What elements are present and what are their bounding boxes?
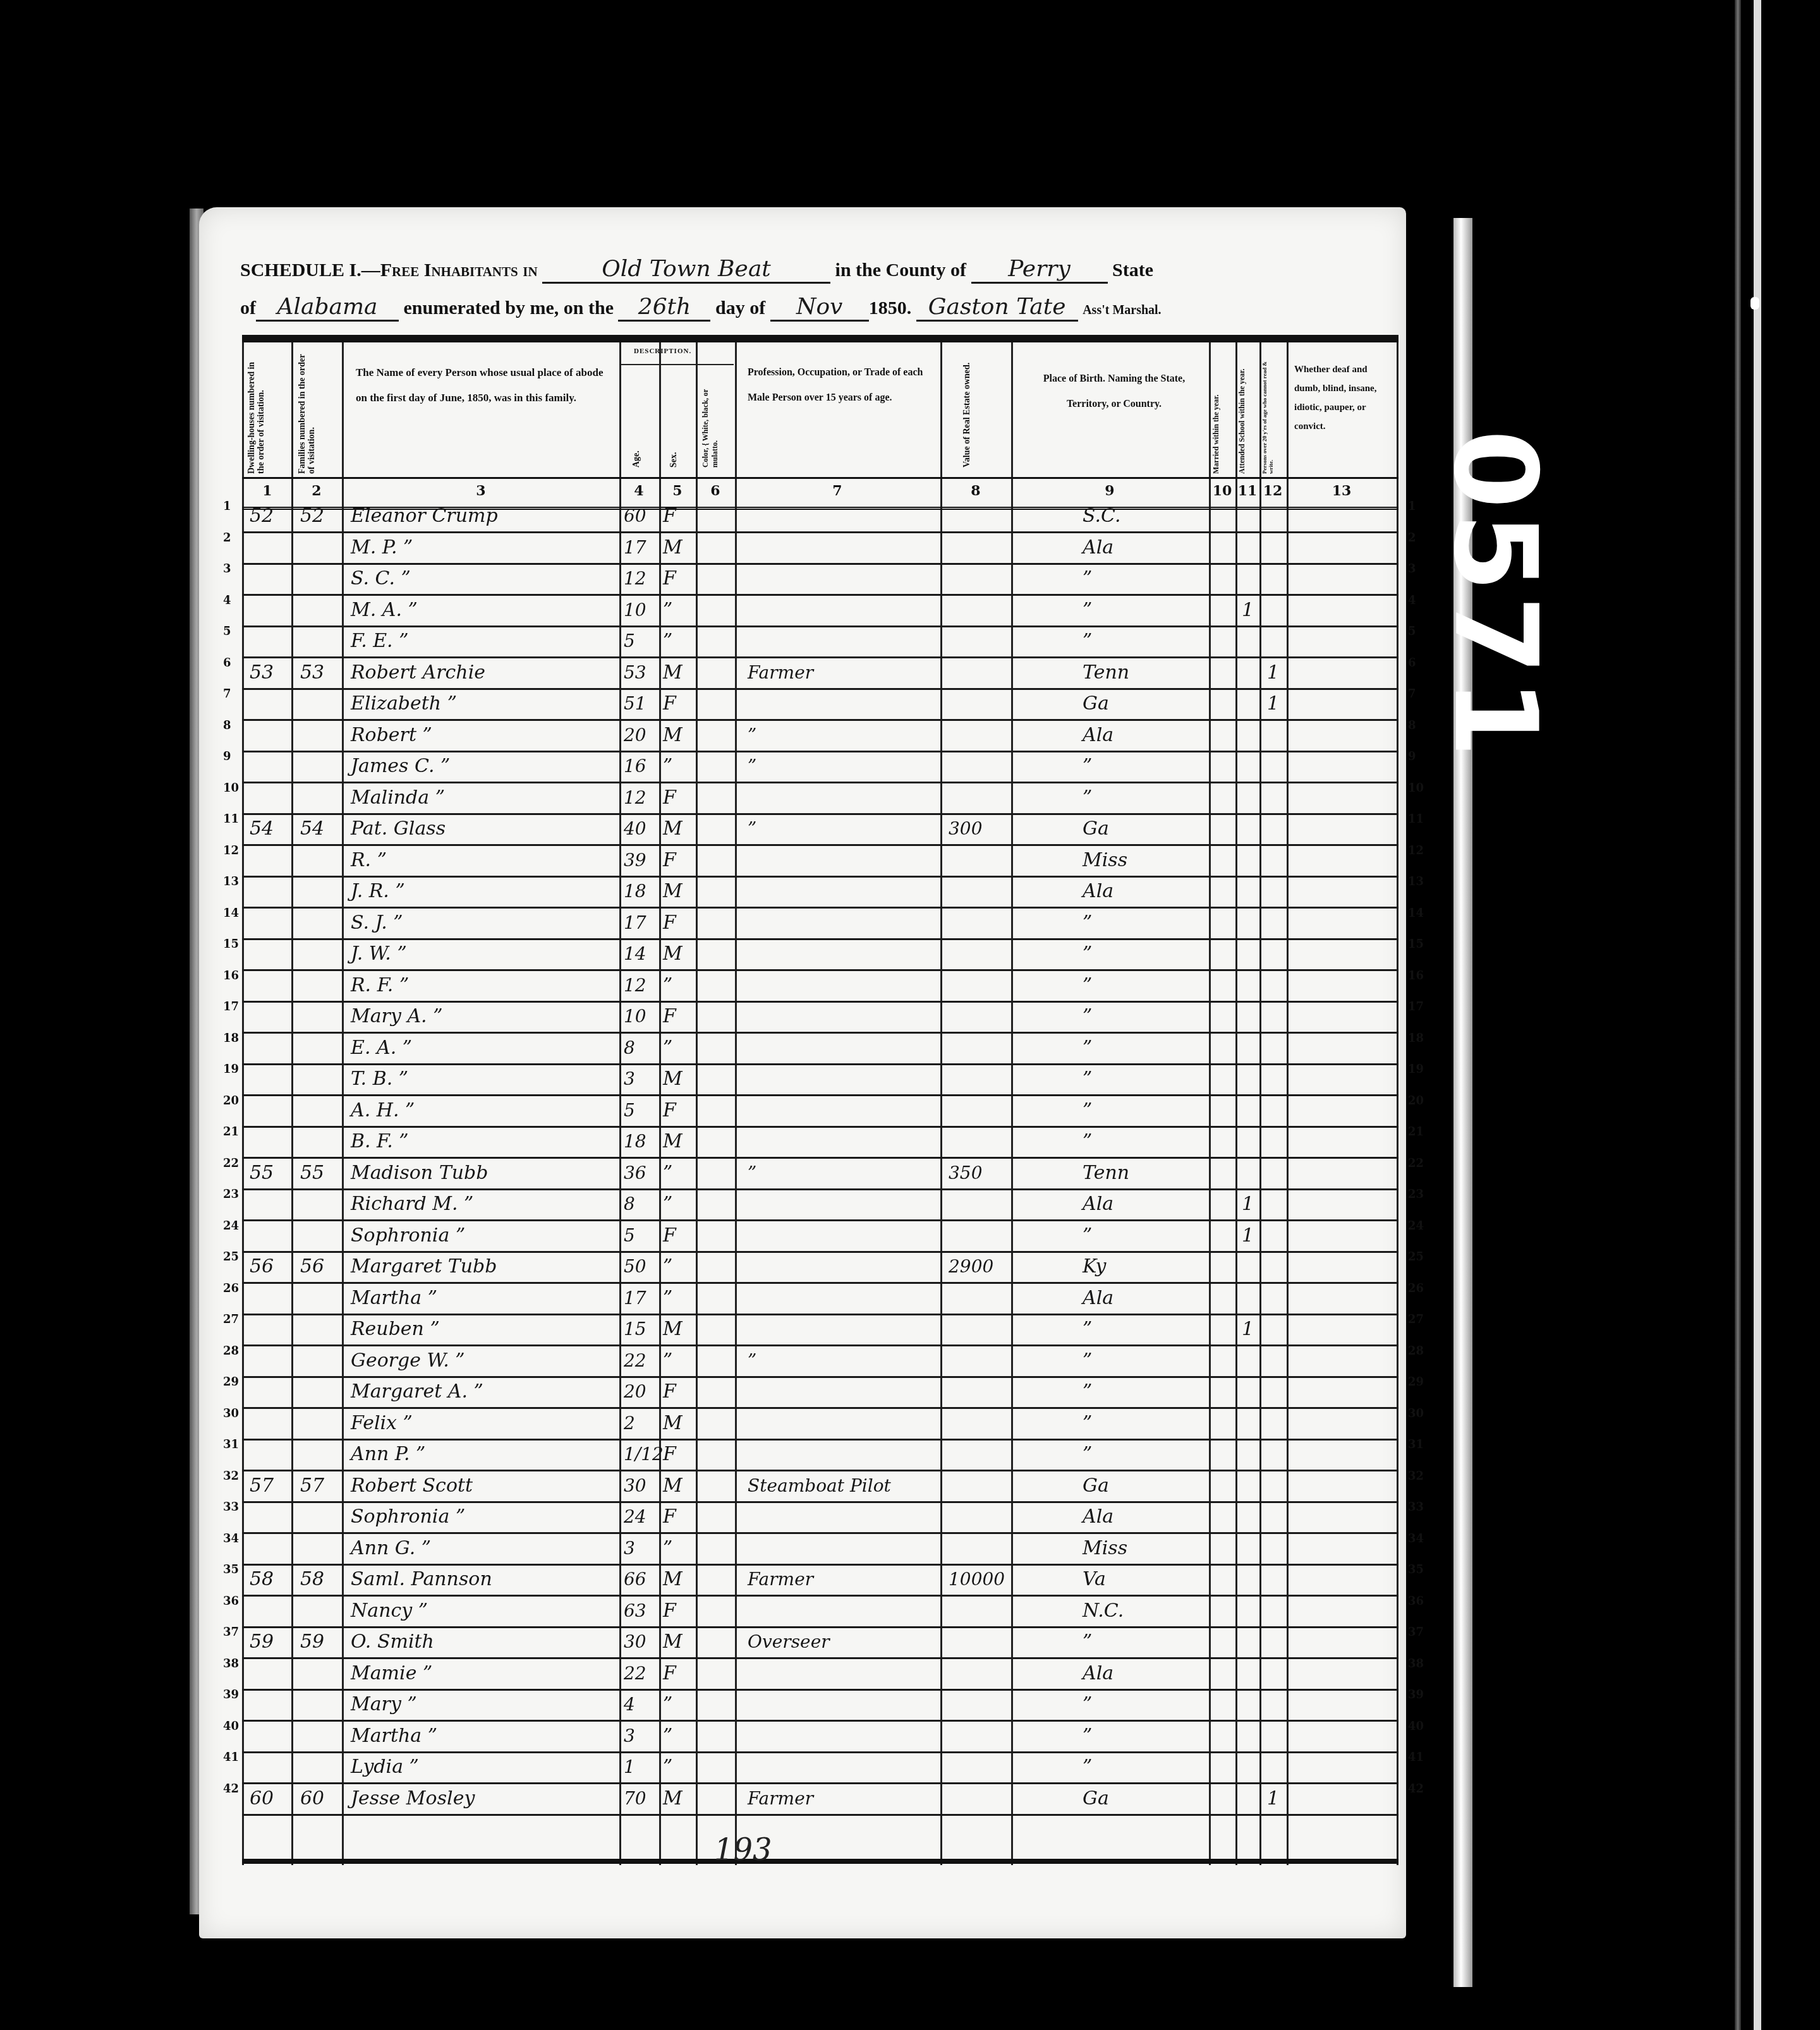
person-name: Mary ”: [351, 1691, 417, 1718]
line-number-left: 32: [223, 1470, 239, 1483]
line-number-left: 42: [223, 1783, 239, 1796]
birthplace-value: ”: [1083, 753, 1092, 780]
sex-value: F: [663, 910, 676, 936]
birthplace-value: ”: [1083, 1035, 1092, 1061]
age-value: 1/12: [624, 1441, 664, 1468]
sex-value: ”: [663, 1285, 672, 1312]
real-estate-value: 2900: [949, 1254, 993, 1280]
real-estate-value: 300: [949, 816, 982, 842]
age-value: 20: [624, 722, 646, 749]
table-row: 65353Robert Archie53MFarmerTenn16: [242, 657, 1398, 690]
subdivision-field: Old Town Beat: [542, 256, 830, 284]
person-name: Mamie ”: [351, 1660, 432, 1687]
table-row: 5F. E. ”5””5: [242, 625, 1398, 658]
birthplace-value: Miss: [1083, 1535, 1127, 1562]
occupation-value: Farmer: [748, 1785, 813, 1812]
sex-value: ”: [663, 628, 672, 655]
dwelling-number: 52: [250, 503, 274, 529]
header-description: DESCRIPTION.: [634, 347, 691, 355]
birthplace-value: ”: [1083, 1723, 1092, 1749]
age-value: 50: [624, 1254, 646, 1280]
sex-value: ”: [663, 1535, 672, 1562]
table-row: 15J. W. ”14M”15: [242, 938, 1398, 971]
line-number-right: 16: [1408, 970, 1424, 982]
sex-value: F: [663, 1097, 676, 1124]
line-number-left: 2: [223, 532, 231, 545]
birthplace-value: ”: [1083, 1003, 1092, 1030]
table-row: 16R. F. ”12””16: [242, 970, 1398, 1003]
table-row: 33Sophronia ”24FAla33: [242, 1501, 1398, 1534]
table-row: 225555Madison Tubb36””350Tenn22: [242, 1157, 1398, 1190]
real-estate-value: 10000: [949, 1566, 1005, 1593]
column-number: 1: [262, 483, 272, 499]
sex-value: ”: [663, 1035, 672, 1061]
column-number: 8: [971, 483, 980, 499]
line-number-left: 17: [223, 1001, 239, 1013]
birthplace-value: ”: [1083, 1410, 1092, 1437]
birthplace-value: Ala: [1083, 535, 1113, 561]
table-row: 10Malinda ”12F”10: [242, 782, 1398, 815]
header-real-estate: Value of Real Estate owned.: [962, 360, 994, 468]
table-bottom-rule: [242, 1859, 1398, 1864]
birthplace-value: ”: [1083, 597, 1092, 624]
table-row: 18E. A. ”8””18: [242, 1032, 1398, 1065]
sex-value: F: [663, 847, 676, 874]
sex-value: M: [663, 1629, 682, 1655]
birthplace-value: ”: [1083, 1754, 1092, 1780]
table-row: 7Elizabeth ”51FGa17: [242, 688, 1398, 721]
person-name: James C. ”: [351, 753, 450, 780]
line-number-right: 17: [1408, 1001, 1424, 1013]
birthplace-value: ”: [1083, 628, 1092, 655]
birthplace-value: ”: [1083, 1691, 1092, 1718]
line-number-left: 38: [223, 1658, 239, 1671]
line-number-left: 9: [223, 751, 231, 763]
birthplace-value: ”: [1083, 565, 1092, 592]
line-number-right: 4: [1408, 595, 1416, 607]
age-value: 51: [624, 691, 646, 717]
age-value: 15: [624, 1316, 646, 1343]
schedule-title: SCHEDULE I.—Free Inhabitants in: [240, 260, 538, 281]
marshal-label: Ass't Marshal.: [1083, 303, 1161, 317]
age-value: 8: [624, 1035, 635, 1061]
age-value: 17: [624, 535, 646, 561]
line-number-left: 13: [223, 876, 239, 888]
age-value: 12: [624, 972, 646, 999]
line-number-right: 9: [1408, 751, 1416, 763]
sex-value: F: [663, 1660, 676, 1687]
line-number-right: 33: [1408, 1501, 1424, 1514]
birthplace-value: Ala: [1083, 1504, 1113, 1530]
person-name: Sophronia ”: [351, 1223, 465, 1249]
birthplace-value: ”: [1083, 785, 1092, 811]
person-name: S. C. ”: [351, 565, 411, 592]
table-row: 38Mamie ”22FAla38: [242, 1658, 1398, 1691]
state-field: Alabama: [256, 294, 399, 322]
line-number-right: 26: [1408, 1283, 1424, 1295]
age-value: 53: [624, 660, 646, 686]
sex-value: ”: [663, 753, 672, 780]
dwelling-number: 58: [250, 1566, 274, 1593]
sex-value: F: [663, 503, 676, 529]
birthplace-value: Ga: [1083, 691, 1109, 717]
line-number-right: 38: [1408, 1658, 1424, 1671]
sex-value: ”: [663, 1348, 672, 1374]
sex-value: F: [663, 1003, 676, 1030]
person-name: Nancy ”: [351, 1598, 428, 1624]
table-row: 20A. H. ”5F”20: [242, 1095, 1398, 1128]
person-name: Ann P. ”: [351, 1441, 425, 1468]
line-number-right: 35: [1408, 1564, 1424, 1576]
sex-value: M: [663, 660, 682, 686]
table-row: 26Martha ”17”Ala26: [242, 1283, 1398, 1315]
line-number-right: 27: [1408, 1314, 1424, 1326]
occupation-value: ”: [748, 1160, 756, 1187]
sex-value: F: [663, 1598, 676, 1624]
line-number-right: 20: [1408, 1095, 1424, 1108]
age-value: 40: [624, 816, 646, 842]
age-value: 4: [624, 1691, 635, 1718]
age-value: 1: [624, 1754, 635, 1780]
occupation-value: Overseer: [748, 1629, 830, 1655]
line-number-left: 39: [223, 1689, 239, 1701]
family-number: 59: [300, 1629, 324, 1655]
birthplace-value: ”: [1083, 1316, 1092, 1343]
table-row: 21B. F. ”18M”21: [242, 1126, 1398, 1159]
table-row: 375959O. Smith30MOverseer”37: [242, 1626, 1398, 1659]
line-number-right: 7: [1408, 688, 1416, 701]
line-number-right: 25: [1408, 1251, 1424, 1264]
age-value: 66: [624, 1566, 646, 1593]
birthplace-value: S.C.: [1083, 503, 1120, 529]
person-name: Ann G. ”: [351, 1535, 431, 1562]
line-number-left: 1: [223, 500, 231, 513]
film-sprocket-edge: [1735, 0, 1741, 2030]
dwelling-number: 53: [250, 660, 274, 686]
person-name: M. A. ”: [351, 597, 418, 624]
birthplace-value: Ky: [1083, 1254, 1106, 1280]
line-number-right: 40: [1408, 1720, 1424, 1733]
age-value: 18: [624, 878, 646, 905]
day-of-label: day of: [715, 298, 765, 318]
line-number-left: 23: [223, 1188, 239, 1201]
age-value: 30: [624, 1473, 646, 1499]
birthplace-value: ”: [1083, 1629, 1092, 1655]
sex-value: F: [663, 1441, 676, 1468]
family-number: 52: [300, 503, 324, 529]
line-number-left: 22: [223, 1157, 239, 1170]
age-value: 39: [624, 847, 646, 874]
column-number: 4: [634, 483, 643, 499]
age-value: 3: [624, 1535, 635, 1562]
header-married: Married within the year.: [1211, 354, 1234, 474]
sex-value: M: [663, 1785, 682, 1812]
line-number-right: 42: [1408, 1783, 1424, 1796]
line-number-left: 34: [223, 1533, 239, 1545]
microfilm-frame-number: 0571: [1429, 430, 1561, 761]
line-number-right: 5: [1408, 625, 1416, 638]
birthplace-value: ”: [1083, 972, 1092, 999]
page-note: 193: [714, 1832, 772, 1868]
age-value: 22: [624, 1348, 646, 1374]
person-name: Eleanor Crump: [351, 503, 498, 529]
birthplace-value: ”: [1083, 1128, 1092, 1155]
age-value: 63: [624, 1598, 646, 1624]
family-number: 60: [300, 1785, 324, 1812]
of-label: of: [240, 298, 256, 318]
occupation-value: Farmer: [748, 660, 813, 686]
table-row: 15252Eleanor Crump60FS.C.1: [242, 500, 1398, 533]
age-value: 70: [624, 1785, 646, 1812]
line-number-right: 22: [1408, 1157, 1424, 1170]
person-name: Madison Tubb: [351, 1160, 488, 1187]
age-value: 14: [624, 941, 646, 967]
column-number: 2: [312, 483, 321, 499]
sex-value: F: [663, 565, 676, 592]
age-value: 36: [624, 1160, 646, 1187]
line-number-left: 8: [223, 720, 231, 732]
age-value: 60: [624, 503, 646, 529]
table-row: 28George W. ”22”””28: [242, 1345, 1398, 1378]
real-estate-value: 350: [949, 1160, 982, 1187]
birthplace-value: ”: [1083, 1379, 1092, 1405]
line-number-right: 21: [1408, 1126, 1424, 1139]
sex-value: ”: [663, 1191, 672, 1217]
birthplace-value: Ala: [1083, 1191, 1113, 1217]
line-number-right: 30: [1408, 1408, 1424, 1420]
table-row: 2M. P. ”17MAla2: [242, 532, 1398, 565]
age-value: 3: [624, 1723, 635, 1749]
column-number: 11: [1238, 483, 1258, 499]
person-name: J. R. ”: [351, 878, 405, 905]
line-number-left: 5: [223, 625, 231, 638]
line-number-right: 2: [1408, 532, 1416, 545]
school-mark: 1: [1242, 1316, 1254, 1343]
dwelling-number: 54: [250, 816, 274, 842]
age-value: 24: [624, 1504, 646, 1530]
person-name: Martha ”: [351, 1723, 437, 1749]
line-number-left: 4: [223, 595, 231, 607]
birthplace-value: Ga: [1083, 1785, 1109, 1812]
census-table: Dwelling-houses numbered in the order of…: [242, 335, 1398, 1870]
line-number-right: 6: [1408, 657, 1416, 670]
line-number-right: 31: [1408, 1439, 1424, 1451]
occupation-value: ”: [748, 753, 756, 780]
birthplace-value: Ga: [1083, 1473, 1109, 1499]
sex-value: F: [663, 691, 676, 717]
age-value: 20: [624, 1379, 646, 1405]
person-name: R. F. ”: [351, 972, 409, 999]
table-row: 426060Jesse Mosley70MFarmerGa142: [242, 1783, 1398, 1816]
line-number-right: 8: [1408, 720, 1416, 732]
age-value: 5: [624, 1223, 635, 1249]
day-field: 26th: [618, 294, 710, 322]
line-number-right: 18: [1408, 1032, 1424, 1045]
sex-value: M: [663, 1473, 682, 1499]
occupation-value: ”: [748, 1348, 756, 1374]
person-name: Lydia ”: [351, 1754, 419, 1780]
person-name: B. F. ”: [351, 1128, 409, 1155]
person-name: M. P. ”: [351, 535, 413, 561]
line-number-right: 1: [1408, 500, 1416, 513]
person-name: Elizabeth ”: [351, 691, 457, 717]
person-name: T. B. ”: [351, 1066, 408, 1092]
state-label: State: [1112, 260, 1153, 281]
table-row: 19T. B. ”3M”19: [242, 1063, 1398, 1096]
birthplace-value: N.C.: [1083, 1598, 1124, 1624]
age-value: 30: [624, 1629, 646, 1655]
sex-value: M: [663, 816, 682, 842]
county-field: Perry: [971, 256, 1108, 284]
column-number: 5: [672, 483, 682, 499]
sex-value: ”: [663, 1160, 672, 1187]
person-name: O. Smith: [351, 1629, 434, 1655]
table-row: 3S. C. ”12F”3: [242, 563, 1398, 596]
line-number-left: 41: [223, 1751, 239, 1764]
year-label: 1850.: [869, 298, 912, 318]
sex-value: F: [663, 785, 676, 811]
header-age: Age.: [632, 430, 651, 468]
line-number-right: 41: [1408, 1751, 1424, 1764]
person-name: Martha ”: [351, 1285, 437, 1312]
enumerated-label: enumerated by me, on the: [404, 298, 614, 318]
header-name: The Name of every Person whose usual pla…: [356, 360, 609, 411]
line-number-left: 18: [223, 1032, 239, 1045]
line-number-right: 34: [1408, 1533, 1424, 1545]
occupation-value: ”: [748, 816, 756, 842]
line-number-right: 29: [1408, 1376, 1424, 1389]
header-birthplace: Place of Birth. Naming the State, Territ…: [1029, 366, 1199, 417]
occupation-value: ”: [748, 722, 756, 749]
sex-value: M: [663, 878, 682, 905]
family-number: 56: [300, 1254, 324, 1280]
table-row: 17Mary A. ”10F”17: [242, 1001, 1398, 1034]
birthplace-value: Ga: [1083, 816, 1109, 842]
line-number-left: 6: [223, 657, 231, 670]
line-number-left: 20: [223, 1095, 239, 1108]
sex-value: M: [663, 1316, 682, 1343]
column-number: 10: [1213, 483, 1232, 499]
header-school: Attended School within the year.: [1237, 354, 1259, 474]
line-number-left: 28: [223, 1345, 239, 1358]
table-row: 36Nancy ”63FN.C.36: [242, 1595, 1398, 1628]
line-number-left: 36: [223, 1595, 239, 1608]
birthplace-value: Ala: [1083, 1660, 1113, 1687]
column-number: 9: [1105, 483, 1114, 499]
film-marker-dot: [1750, 297, 1759, 310]
table-row: 12R. ”39FMiss12: [242, 845, 1398, 878]
age-value: 18: [624, 1128, 646, 1155]
illiterate-mark: 1: [1267, 660, 1279, 686]
line-number-left: 25: [223, 1251, 239, 1264]
birthplace-value: ”: [1083, 910, 1092, 936]
schedule-header-line-1: SCHEDULE I.—Free Inhabitants in Old Town…: [240, 256, 1153, 284]
sex-value: ”: [663, 1691, 672, 1718]
sex-value: ”: [663, 1754, 672, 1780]
line-number-right: 3: [1408, 563, 1416, 576]
month-field: Nov: [770, 294, 869, 322]
school-mark: 1: [1242, 1223, 1254, 1249]
person-name: F. E. ”: [351, 628, 409, 655]
family-number: 58: [300, 1566, 324, 1593]
table-row: 23Richard M. ”8”Ala123: [242, 1188, 1398, 1221]
line-number-right: 32: [1408, 1470, 1424, 1483]
header-illiterate: Persons over 20 y'rs of age who cannot r…: [1261, 354, 1285, 474]
table-row: 8Robert ”20M”Ala8: [242, 720, 1398, 752]
table-row: 325757Robert Scott30MSteamboat PilotGa32: [242, 1470, 1398, 1503]
sex-value: M: [663, 1066, 682, 1092]
line-number-right: 12: [1408, 845, 1424, 857]
header-sex: Sex.: [669, 430, 688, 468]
line-number-right: 24: [1408, 1220, 1424, 1233]
line-number-left: 27: [223, 1314, 239, 1326]
person-name: Saml. Pannson: [351, 1566, 492, 1593]
person-name: Margaret A. ”: [351, 1379, 483, 1405]
sex-value: ”: [663, 597, 672, 624]
dwelling-number: 60: [250, 1785, 274, 1812]
person-name: E. A. ”: [351, 1035, 412, 1061]
table-row: 355858Saml. Pannson66MFarmer10000Va35: [242, 1564, 1398, 1597]
line-number-right: 14: [1408, 907, 1424, 920]
age-value: 16: [624, 753, 646, 780]
table-row: 30Felix ”2M”30: [242, 1408, 1398, 1441]
illiterate-mark: 1: [1267, 1785, 1279, 1812]
table-row: 24Sophronia ”5F”124: [242, 1220, 1398, 1253]
birthplace-value: Tenn: [1083, 660, 1129, 686]
person-name: Pat. Glass: [351, 816, 446, 842]
line-number-right: 28: [1408, 1345, 1424, 1358]
table-row: 13J. R. ”18MAla13: [242, 876, 1398, 909]
school-mark: 1: [1242, 597, 1254, 624]
line-number-left: 37: [223, 1626, 239, 1639]
line-number-right: 36: [1408, 1595, 1424, 1608]
line-number-left: 30: [223, 1408, 239, 1420]
person-name: J. W. ”: [351, 941, 407, 967]
line-number-left: 3: [223, 563, 231, 576]
line-number-left: 12: [223, 845, 239, 857]
column-number: 3: [476, 483, 485, 499]
line-number-right: 37: [1408, 1626, 1424, 1639]
sex-value: M: [663, 1128, 682, 1155]
person-name: Sophronia ”: [351, 1504, 465, 1530]
birthplace-value: ”: [1083, 1066, 1092, 1092]
person-name: Felix ”: [351, 1410, 413, 1437]
sex-value: M: [663, 1566, 682, 1593]
person-name: R. ”: [351, 847, 387, 874]
line-number-left: 19: [223, 1063, 239, 1076]
age-value: 2: [624, 1410, 635, 1437]
table-row: 255656Margaret Tubb50”2900Ky25: [242, 1251, 1398, 1284]
sex-value: M: [663, 941, 682, 967]
illiterate-mark: 1: [1267, 691, 1279, 717]
age-value: 10: [624, 597, 646, 624]
age-value: 10: [624, 1003, 646, 1030]
header-color: Color, { White, black, or mulatto.: [701, 373, 731, 468]
age-value: 17: [624, 910, 646, 936]
header-infirmity: Whether deaf and dumb, blind, insane, id…: [1294, 360, 1395, 436]
table-top-rule: [242, 335, 1398, 342]
table-row: 4M. A. ”10””14: [242, 595, 1398, 627]
table-row: 27Reuben ”15M”127: [242, 1314, 1398, 1346]
description-rule: [621, 364, 734, 365]
age-value: 12: [624, 785, 646, 811]
dwelling-number: 59: [250, 1629, 274, 1655]
birthplace-value: Tenn: [1083, 1160, 1129, 1187]
birthplace-value: Ala: [1083, 722, 1113, 749]
occupation-value: Steamboat Pilot: [748, 1473, 891, 1499]
column-number: 13: [1332, 483, 1352, 499]
birthplace-value: ”: [1083, 1097, 1092, 1124]
